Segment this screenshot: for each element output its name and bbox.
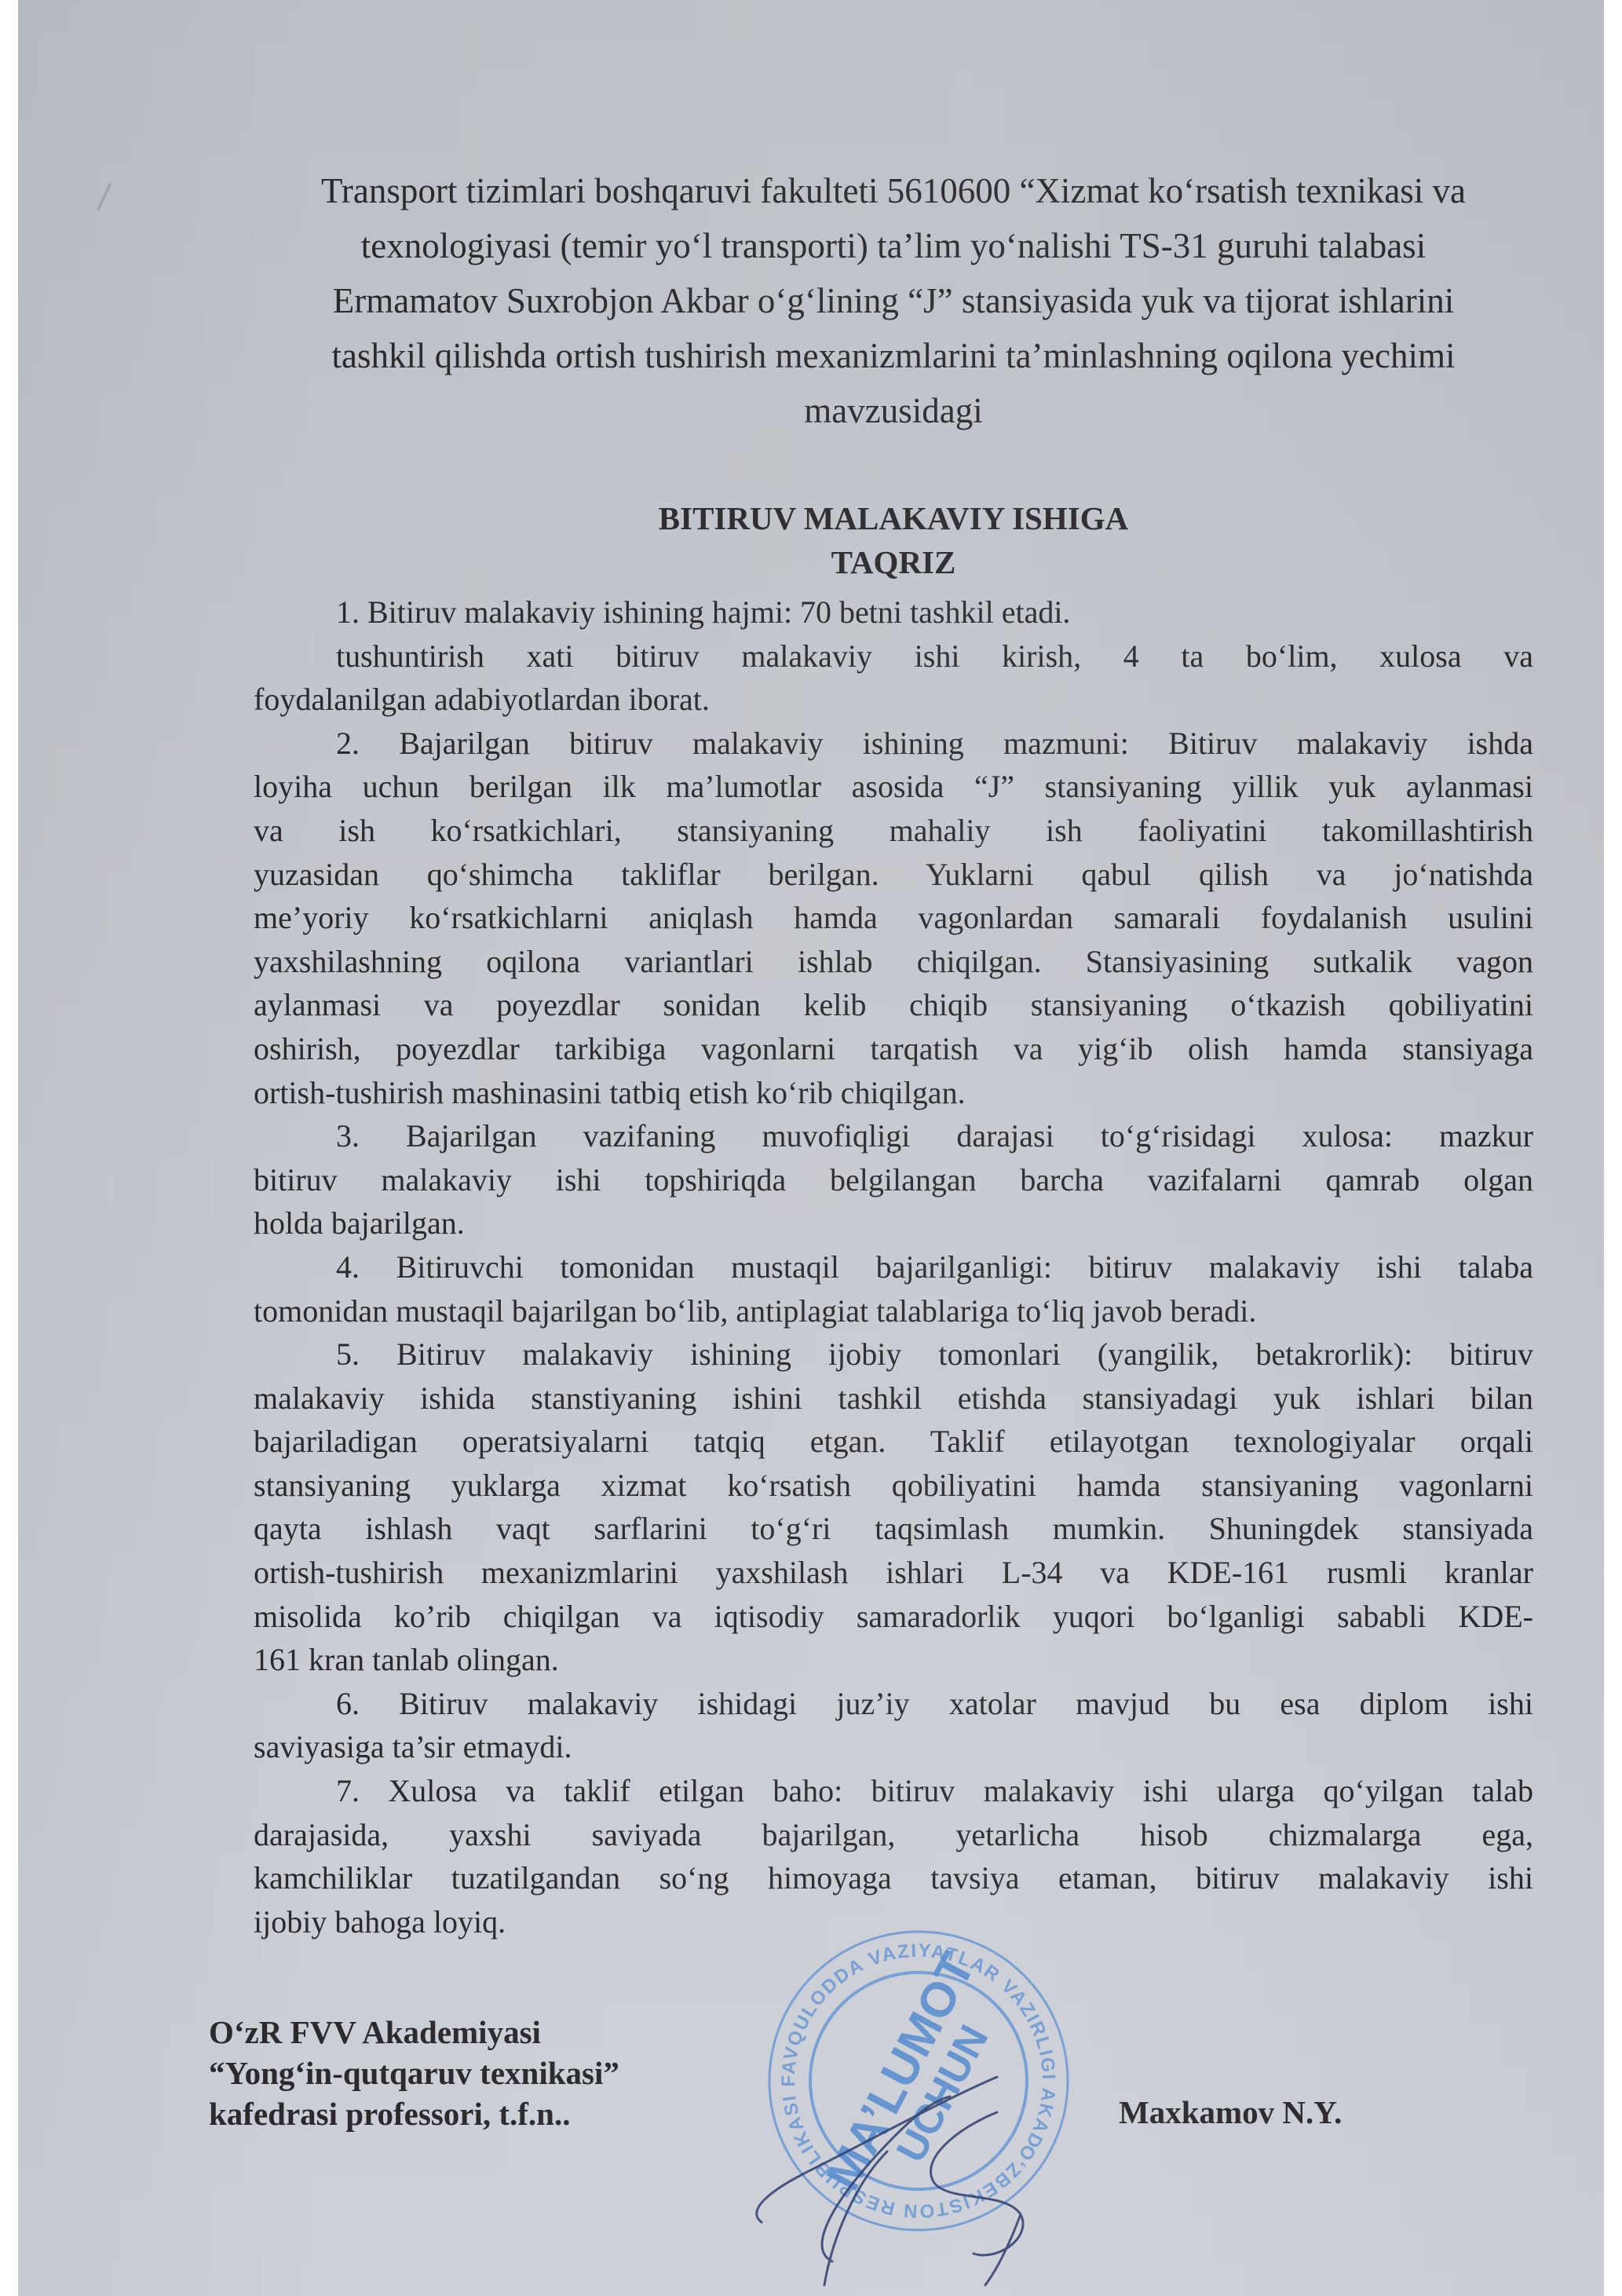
text-line: 5. Bitiruv malakaviy ishining ijobiy tom… xyxy=(254,1333,1533,1377)
header-line: Transport tizimlari boshqaruvi fakulteti… xyxy=(214,163,1573,218)
text-line: ortish-tushirish mexanizmlarini yaxshila… xyxy=(254,1551,1533,1595)
text-line: 6. Bitiruv malakaviy ishidagi juz’iy xat… xyxy=(254,1682,1533,1726)
header-line: Ermamatov Suxrobjon Akbar o‘g‘lining “J”… xyxy=(214,273,1573,328)
signatory-position: kafedrasi professori, t.f.n.. xyxy=(209,2093,619,2134)
header-line: tashkil qilishda ortish tushirish mexani… xyxy=(214,328,1573,383)
text-line: yuzasidan qo‘shimcha takliflar berilgan.… xyxy=(254,853,1533,897)
document-title: BITIRUV MALAKAVIY ISHIGA TAQRIZ xyxy=(214,496,1573,584)
text-line: ortish-tushirish mashinasini tatbiq etis… xyxy=(254,1071,1533,1115)
header-line: mavzusidagi xyxy=(214,383,1573,438)
text-line: yaxshilashning oqilona variantlari ishla… xyxy=(254,940,1533,984)
text-line: tomonidan mustaqil bajarilgan bo‘lib, an… xyxy=(254,1289,1533,1333)
section-1: 1. Bitiruv malakaviy ishining hajmi: 70 … xyxy=(254,590,1533,722)
title-line-1: BITIRUV MALAKAVIY ISHIGA xyxy=(214,496,1573,540)
section-6: 6. Bitiruv malakaviy ishidagi juz’iy xat… xyxy=(254,1682,1533,1769)
text-line: 3. Bajarilgan vazifaning muvofiqligi dar… xyxy=(254,1114,1533,1158)
text-line: 7. Xulosa va taklif etilgan baho: bitiru… xyxy=(254,1769,1533,1813)
signatory-name: Maxkamov N.Y. xyxy=(1119,2093,1342,2131)
text-line: malakaviy ishida stanstiyaning ishini ta… xyxy=(254,1377,1533,1420)
signatory-block: O‘zR FVV Akademiyasi “Yong‘in-qutqaruv t… xyxy=(209,2012,619,2134)
text-line: loyiha uchun berilgan ilk ma’lumotlar as… xyxy=(254,765,1533,809)
text-line: kamchiliklar tuzatilgandan so‘ng himoyag… xyxy=(254,1856,1533,1900)
text-line: bitiruv malakaviy ishi topshiriqda belgi… xyxy=(254,1158,1533,1202)
text-line: 2. Bajarilgan bitiruv malakaviy ishining… xyxy=(254,722,1533,766)
text-line: me’yoriy ko‘rsatkichlarni aniqlash hamda… xyxy=(254,896,1533,940)
text-line: 4. Bitiruvchi tomonidan mustaqil bajaril… xyxy=(254,1245,1533,1289)
text-line: bajariladigan operatsiyalarni tatqiq etg… xyxy=(254,1420,1533,1464)
text-line: misolida ko’rib chiqilgan va iqtisodiy s… xyxy=(254,1595,1533,1639)
handwritten-signature xyxy=(738,2026,1099,2293)
section-3: 3. Bajarilgan vazifaning muvofiqligi dar… xyxy=(254,1114,1533,1245)
text-line: aylanmasi va poyezdlar sonidan kelib chi… xyxy=(254,983,1533,1027)
text-line: 1. Bitiruv malakaviy ishining hajmi: 70 … xyxy=(254,590,1533,634)
text-line: stansiyaning yuklarga xizmat ko‘rsatish … xyxy=(254,1464,1533,1508)
pencil-mark xyxy=(97,183,111,211)
text-line: va ish ko‘rsatkichlari, stansiyaning mah… xyxy=(254,809,1533,853)
document-header: Transport tizimlari boshqaruvi fakulteti… xyxy=(214,163,1573,438)
text-line: foydalanilgan adabiyotlardan iborat. xyxy=(254,678,1533,722)
section-5: 5. Bitiruv malakaviy ishining ijobiy tom… xyxy=(254,1333,1533,1682)
header-line: texnologiyasi (temir yo‘l transporti) ta… xyxy=(214,218,1573,273)
signatory-department: “Yong‘in-qutqaruv texnikasi” xyxy=(209,2053,619,2093)
text-line: saviyasiga ta’sir etmaydi. xyxy=(254,1725,1533,1769)
signatory-organization: O‘zR FVV Akademiyasi xyxy=(209,2012,619,2053)
text-line: tushuntirish xati bitiruv malakaviy ishi… xyxy=(254,634,1533,678)
text-line: qayta ishlash vaqt sarflarini to‘g‘ri ta… xyxy=(254,1507,1533,1551)
review-body: 1. Bitiruv malakaviy ishining hajmi: 70 … xyxy=(254,590,1533,1943)
section-2: 2. Bajarilgan bitiruv malakaviy ishining… xyxy=(254,722,1533,1114)
section-4: 4. Bitiruvchi tomonidan mustaqil bajaril… xyxy=(254,1245,1533,1333)
title-line-2: TAQRIZ xyxy=(214,540,1573,584)
text-line: darajasida, yaxshi saviyada bajarilgan, … xyxy=(254,1813,1533,1857)
text-line: 161 kran tanlab olingan. xyxy=(254,1638,1533,1682)
text-line: oshirish, poyezdlar tarkibiga vagonlarni… xyxy=(254,1027,1533,1071)
text-line: holda bajarilgan. xyxy=(254,1201,1533,1245)
